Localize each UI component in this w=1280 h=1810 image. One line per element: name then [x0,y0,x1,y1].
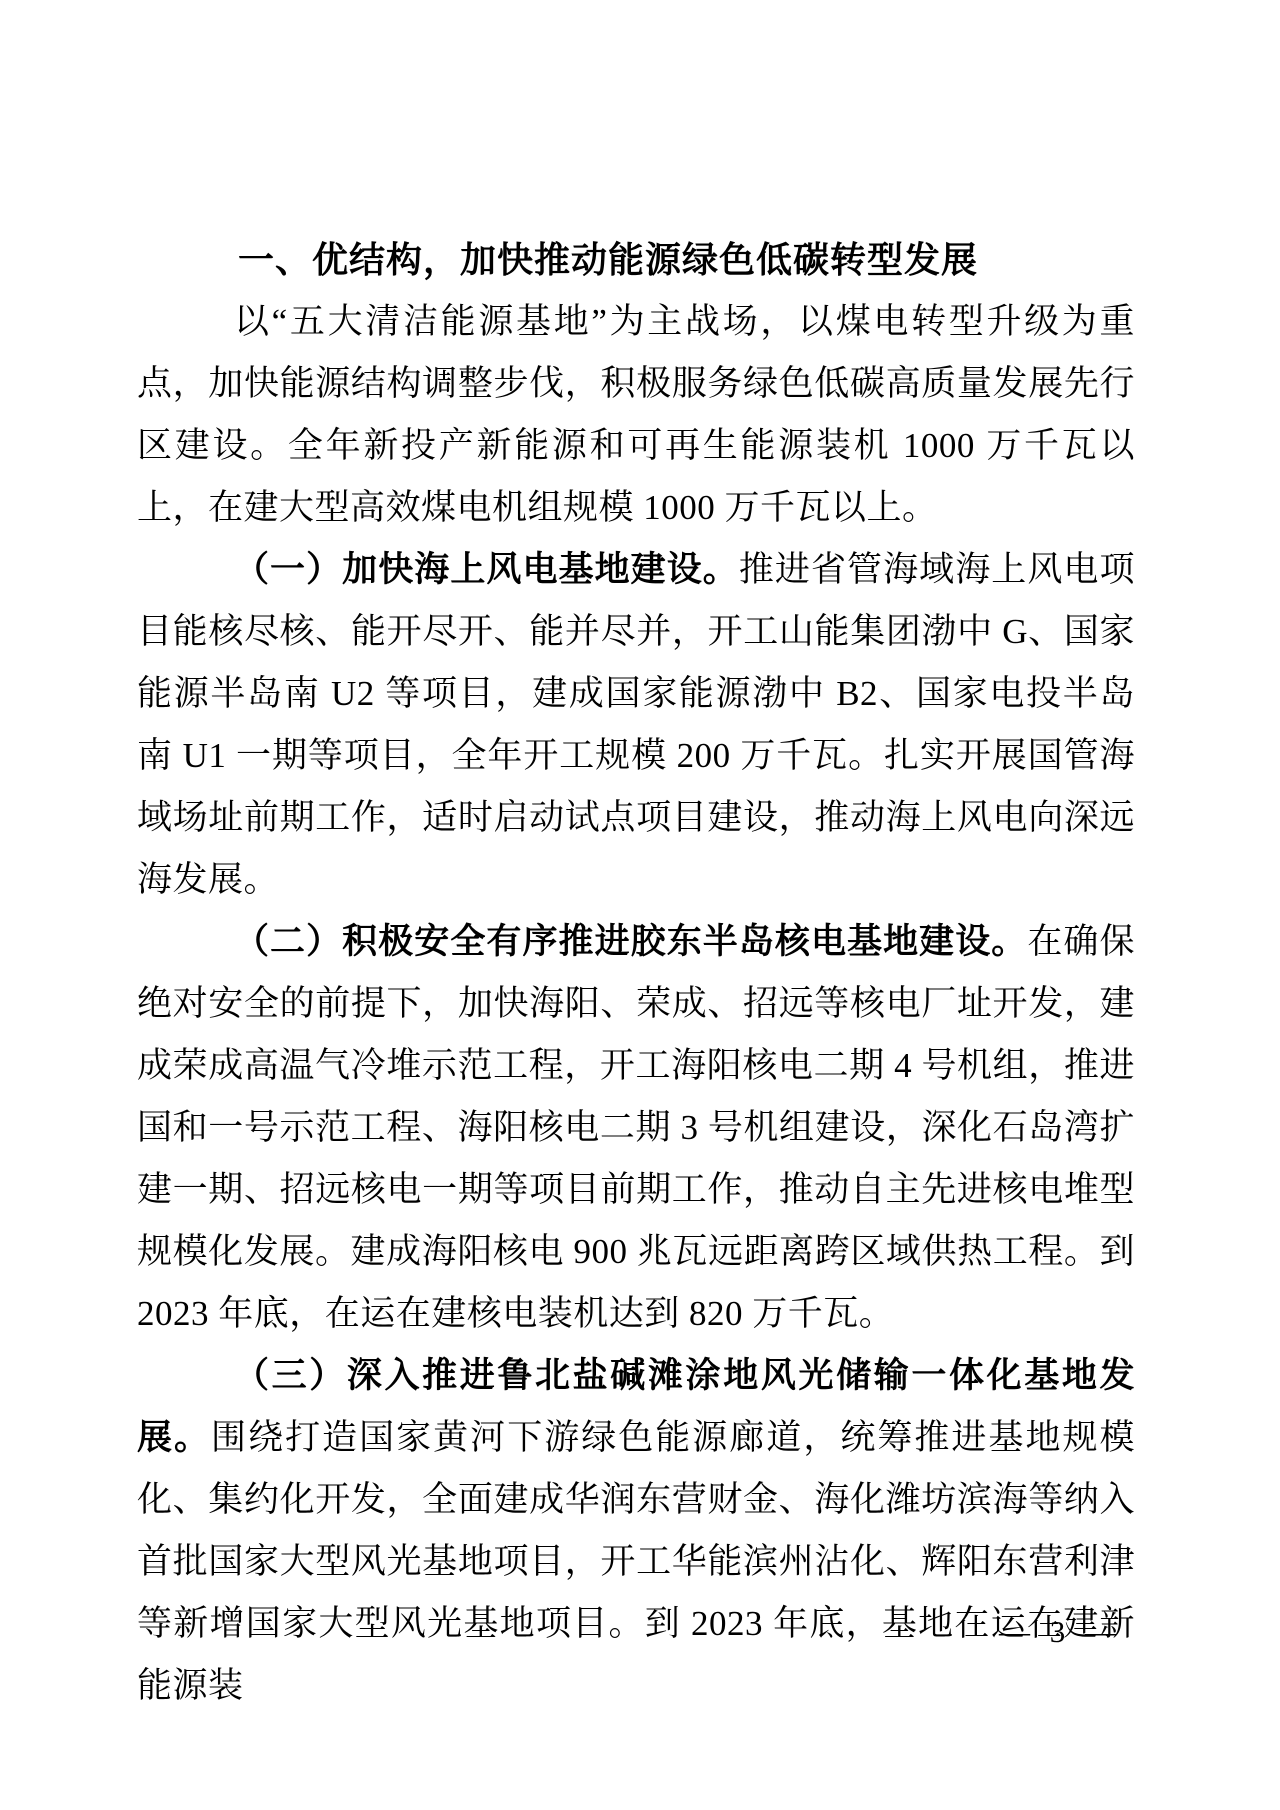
paragraph: （二）积极安全有序推进胶东半岛核电基地建设。在确保绝对安全的前提下，加快海阳、荣… [137,911,1135,1345]
document-page: 一、优结构，加快推动能源绿色低碳转型发展 以“五大清洁能源基地”为主战场，以煤电… [0,0,1280,1810]
paragraph-text: 推进省管海域海上风电项目能核尽核、能开尽开、能并尽并，开工山能集团渤中 G、国家… [137,550,1135,899]
section-heading: 一、优结构，加快推动能源绿色低碳转型发展 [137,229,1135,291]
paragraph-text: 以“五大清洁能源基地”为主战场，以煤电转型升级为重点，加快能源结构调整步伐，积极… [137,302,1135,527]
paragraph-lead: （二）积极安全有序推进胶东半岛核电基地建设。 [234,922,1027,961]
paragraph-text: 围绕打造国家黄河下游绿色能源廊道，统筹推进基地规模化、集约化开发，全面建成华润东… [137,1418,1135,1705]
page-number: — 3 — [999,1612,1122,1652]
paragraph-text: 在确保绝对安全的前提下，加快海阳、荣成、招远等核电厂址开发，建成荣成高温气冷堆示… [137,922,1135,1333]
paragraph: （三）深入推进鲁北盐碱滩涂地风光储输一体化基地发展。围绕打造国家黄河下游绿色能源… [137,1345,1135,1717]
paragraph: 以“五大清洁能源基地”为主战场，以煤电转型升级为重点，加快能源结构调整步伐，积极… [137,291,1135,539]
paragraph: （一）加快海上风电基地建设。推进省管海域海上风电项目能核尽核、能开尽开、能并尽并… [137,539,1135,911]
paragraph-lead: （一）加快海上风电基地建设。 [234,550,739,589]
document-body: 一、优结构，加快推动能源绿色低碳转型发展 以“五大清洁能源基地”为主战场，以煤电… [137,229,1135,1717]
